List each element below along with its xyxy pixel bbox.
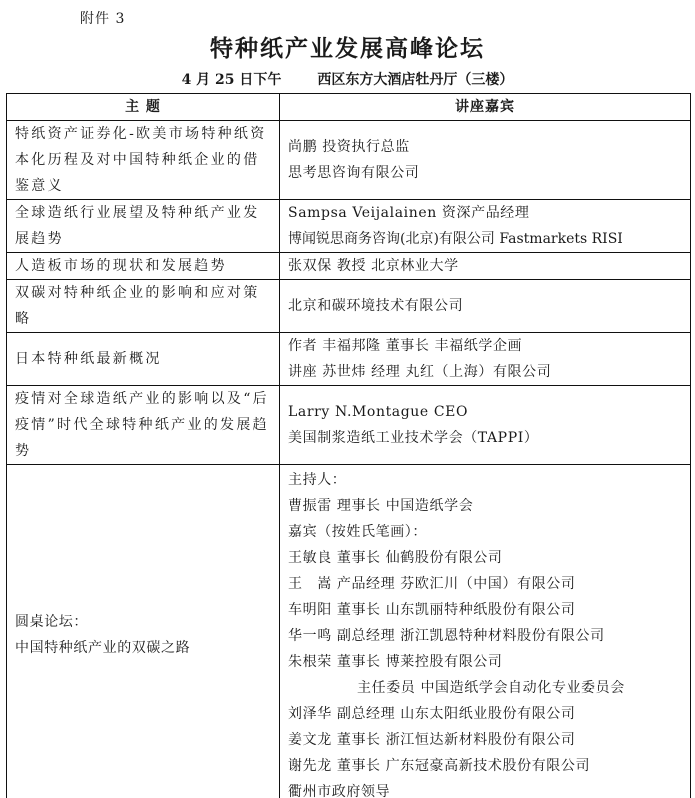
- speaker-line: 张双保 教授 北京林业大学: [288, 253, 682, 279]
- speaker-line: Sampsa Veijalainen 资深产品经理: [288, 200, 682, 226]
- speakers-cell: Sampsa Veijalainen 资深产品经理 博闻锐思商务咨询(北京)有限…: [280, 200, 691, 253]
- roundtable-label: 圆桌论坛：: [15, 609, 271, 635]
- speaker-line: 作者 丰福邦隆 董事长 丰福纸学企画: [288, 333, 682, 359]
- speakers-cell: 主持人： 曹振雷 理事长 中国造纸学会 嘉宾（按姓氏笔画）： 王敏良 董事长 仙…: [280, 465, 691, 798]
- table-row: 特纸资产证券化-欧美市场特种纸资本化历程及对中国特种纸企业的借鉴意义 尚鹏 投资…: [7, 121, 691, 200]
- topic-cell: 疫情对全球造纸产业的影响以及“后疫情”时代全球特种纸产业的发展趋势: [7, 386, 280, 465]
- speaker-line: 华一鸣 副总经理 浙江凯恩特种材料股份有限公司: [288, 623, 682, 649]
- topic-cell: 双碳对特种纸企业的影响和应对策略: [7, 280, 280, 333]
- page-title: 特种纸产业发展高峰论坛: [0, 30, 695, 63]
- topic-cell: 圆桌论坛： 中国特种纸产业的双碳之路: [7, 465, 280, 798]
- table-row: 双碳对特种纸企业的影响和应对策略 北京和碳环境技术有限公司: [7, 280, 691, 333]
- topic-cell: 特纸资产证券化-欧美市场特种纸资本化历程及对中国特种纸企业的借鉴意义: [7, 121, 280, 200]
- speakers-cell: 张双保 教授 北京林业大学: [280, 253, 691, 280]
- speaker-line: 车明阳 董事长 山东凯丽特种纸股份有限公司: [288, 597, 682, 623]
- speakers-cell: 尚鹏 投资执行总监 思考思咨询有限公司: [280, 121, 691, 200]
- header-topic: 主 题: [7, 94, 280, 121]
- speaker-line: Larry N.Montague CEO: [288, 399, 682, 425]
- speaker-line: 姜文龙 董事长 浙江恒达新材料股份有限公司: [288, 727, 682, 753]
- event-date-time: 4 月 25 日下午: [182, 72, 282, 88]
- attachment-label: 附件 3: [80, 8, 125, 28]
- speaker-line: 刘泽华 副总经理 山东太阳纸业股份有限公司: [288, 701, 682, 727]
- speaker-line: 谢先龙 董事长 广东冠豪高新技术股份有限公司: [288, 753, 682, 779]
- speaker-line: 博闻锐思商务咨询(北京)有限公司 Fastmarkets RISI: [288, 226, 682, 252]
- moderator-label: 主持人：: [288, 467, 682, 493]
- table-row: 疫情对全球造纸产业的影响以及“后疫情”时代全球特种纸产业的发展趋势 Larry …: [7, 386, 691, 465]
- speaker-line: 尚鹏 投资执行总监: [288, 134, 682, 160]
- speaker-line: 曹振雷 理事长 中国造纸学会: [288, 493, 682, 519]
- speaker-line: 衢州市政府领导: [288, 779, 682, 798]
- speaker-line: 主任委员 中国造纸学会自动化专业委员会: [288, 675, 682, 701]
- speakers-cell: Larry N.Montague CEO 美国制浆造纸工业技术学会（TAPPI）: [280, 386, 691, 465]
- event-subtitle: 4 月 25 日下午西区东方大酒店牡丹厅（三楼）: [0, 69, 695, 89]
- event-venue: 西区东方大酒店牡丹厅（三楼）: [317, 72, 513, 88]
- agenda-table: 主 题 讲座嘉宾 特纸资产证券化-欧美市场特种纸资本化历程及对中国特种纸企业的借…: [6, 93, 691, 798]
- guests-label: 嘉宾（按姓氏笔画）：: [288, 519, 682, 545]
- speaker-line: 王敏良 董事长 仙鹤股份有限公司: [288, 545, 682, 571]
- speaker-line: 美国制浆造纸工业技术学会（TAPPI）: [288, 425, 682, 451]
- topic-cell: 日本特种纸最新概况: [7, 333, 280, 386]
- topic-cell: 人造板市场的现状和发展趋势: [7, 253, 280, 280]
- speaker-line: 王 嵩 产品经理 芬欧汇川（中国）有限公司: [288, 571, 682, 597]
- roundtable-title: 中国特种纸产业的双碳之路: [15, 635, 271, 661]
- speaker-line: 朱根荣 董事长 博莱控股有限公司: [288, 649, 682, 675]
- speakers-cell: 作者 丰福邦隆 董事长 丰福纸学企画 讲座 苏世炜 经理 丸红（上海）有限公司: [280, 333, 691, 386]
- speaker-line: 讲座 苏世炜 经理 丸红（上海）有限公司: [288, 359, 682, 385]
- table-row: 日本特种纸最新概况 作者 丰福邦隆 董事长 丰福纸学企画 讲座 苏世炜 经理 丸…: [7, 333, 691, 386]
- table-row: 全球造纸行业展望及特种纸产业发展趋势 Sampsa Veijalainen 资深…: [7, 200, 691, 253]
- speaker-line: 思考思咨询有限公司: [288, 160, 682, 186]
- speakers-cell: 北京和碳环境技术有限公司: [280, 280, 691, 333]
- speaker-line: 北京和碳环境技术有限公司: [288, 293, 682, 319]
- header-speakers: 讲座嘉宾: [280, 94, 691, 121]
- topic-cell: 全球造纸行业展望及特种纸产业发展趋势: [7, 200, 280, 253]
- table-row: 人造板市场的现状和发展趋势 张双保 教授 北京林业大学: [7, 253, 691, 280]
- table-row-roundtable: 圆桌论坛： 中国特种纸产业的双碳之路 主持人： 曹振雷 理事长 中国造纸学会 嘉…: [7, 465, 691, 798]
- table-header-row: 主 题 讲座嘉宾: [7, 94, 691, 121]
